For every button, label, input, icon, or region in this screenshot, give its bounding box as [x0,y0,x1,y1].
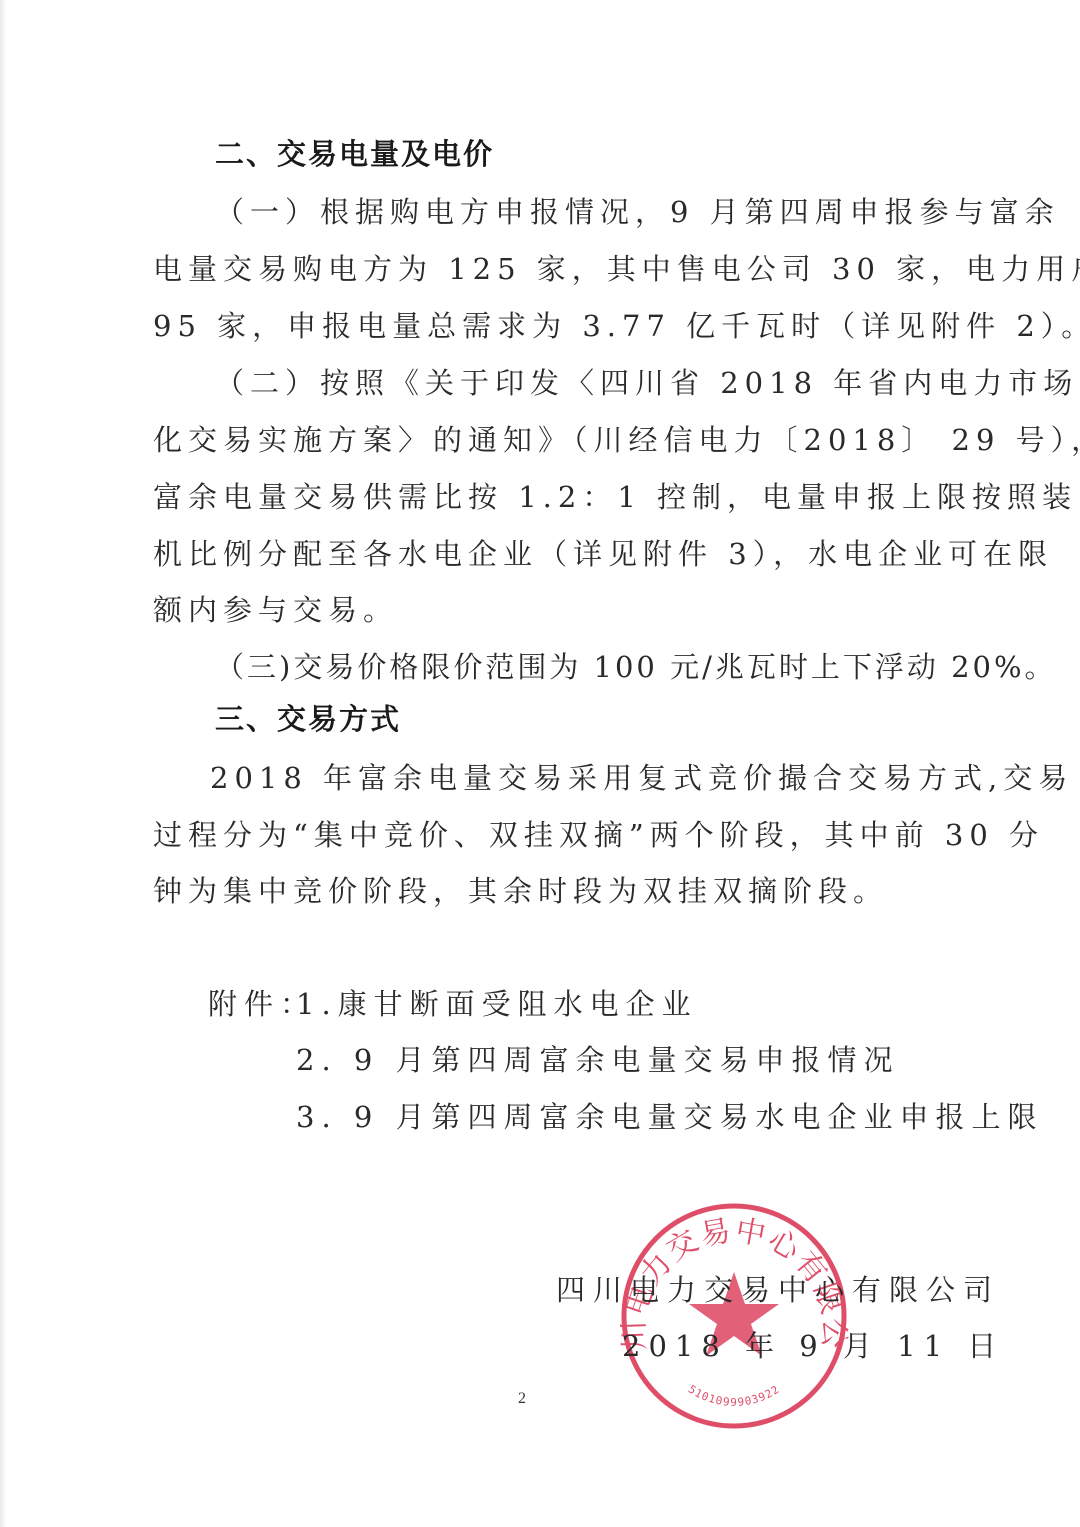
page-number: 2 [518,1390,526,1408]
svg-text:5101099903922: 5101099903922 [686,1383,782,1409]
attachment-item: 3. 9 月第四周富余电量交易水电企业申报上限 [296,1097,1044,1137]
text-line: 额内参与交易。 [153,590,398,630]
text-line: （一）根据购电方申报情况，9 月第四周申报参与富余 [215,192,1060,232]
section-heading-trade-method: 三、交易方式 [215,699,401,739]
signing-date: 2018 年 9 月 11 日 [622,1326,1004,1366]
text-line: 过程分为“集中竞价、双挂双摘”两个阶段，其中前 30 分 [153,815,1044,855]
text-line: 机比例分配至各水电企业（详见附件 3），水电企业可在限 [153,534,1053,574]
attachment-item: 1.康甘断面受阻水电企业 [296,984,698,1024]
text-line: 化交易实施方案〉的通知》（川经信电力〔2018〕 29 号）， [153,420,1080,460]
official-seal-stamp: 四川电力交易中心有限公司 5101099903922 [618,1200,850,1432]
text-line: （二）按照《关于印发〈四川省 2018 年省内电力市场 [215,363,1078,403]
text-line: 95 家，申报电量总需求为 3.77 亿千瓦时（详见附件 2）。 [153,306,1080,346]
signing-organization: 四川电力交易中心有限公司 [556,1270,1000,1310]
text-line: 2018 年富余电量交易采用复式竞价撮合交易方式,交易 [210,758,1073,798]
page-edge-shadow [0,0,6,1527]
attachment-item: 2. 9 月第四周富余电量交易申报情况 [296,1040,900,1080]
text-line: 富余电量交易供需比按 1.2：1 控制，电量申报上限按照装 [153,477,1077,517]
text-line: 钟为集中竞价阶段，其余时段为双挂双摘阶段。 [153,871,888,911]
text-line: （三)交易价格限价范围为 100 元/兆瓦时上下浮动 20%。 [215,647,1057,687]
text-line: 电量交易购电方为 125 家，其中售电公司 30 家，电力用户 [153,249,1080,289]
section-heading-trade-volume-price: 二、交易电量及电价 [215,134,494,174]
